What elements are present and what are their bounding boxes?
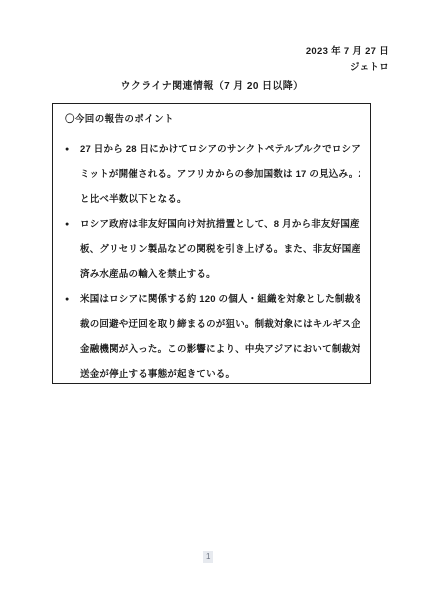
text-line: 金融機関が入った。この影響により、中央アジアにおいて制裁対象行を通じた (80, 337, 360, 362)
bullet-item: ● 米国はロシアに関係する約 120 の個人・組織を対象とした制裁を導入した。制… (65, 287, 360, 387)
text-line: 板、グリセリン製品などの関税を引き上げる。また、非友好国産の特定の調整 (80, 237, 360, 262)
document-date: 2023 年 7 月 27 日 (306, 44, 389, 60)
text-line: 送金が停止する事態が起きている。 (80, 362, 360, 387)
bullet-item: ● 27 日から 28 日にかけてロシアのサンクトペテルブルクでロシア・アフリカ… (65, 137, 360, 212)
points-heading: 〇今回の報告のポイント (65, 110, 360, 130)
document-title: ウクライナ関連情報（7 月 20 日以降） (0, 77, 424, 92)
bullet-icon: ● (65, 287, 69, 312)
page-number: 1 (203, 551, 213, 563)
text-line: 米国はロシアに関係する約 120 の個人・組織を対象とした制裁を導入した。制 (80, 287, 360, 312)
text-line: 裁の回避や迂回を取り締まるのが狙い。制裁対象にはキルギス企業やロシアの (80, 312, 360, 337)
text-line: ロシア政府は非友好国向け対抗措置として、8 月から非友好国産のワイン、合 (80, 212, 360, 237)
text-line: 27 日から 28 日にかけてロシアのサンクトペテルブルクでロシア・アフリカサ (80, 137, 360, 162)
summary-points-box: 〇今回の報告のポイント ● 27 日から 28 日にかけてロシアのサンクトペテル… (52, 103, 371, 384)
document-header: 2023 年 7 月 27 日 ジェトロ (306, 44, 389, 76)
text-line: 済み水産品の輸入を禁止する。 (80, 262, 360, 287)
bullet-icon: ● (65, 137, 69, 162)
text-line: と比べ半数以下となる。 (80, 187, 360, 212)
organization-name: ジェトロ (306, 60, 389, 76)
bullet-item: ● ロシア政府は非友好国向け対抗措置として、8 月から非友好国産のワイン、合 板… (65, 212, 360, 287)
document-page: 2023 年 7 月 27 日 ジェトロ ウクライナ関連情報（7 月 20 日以… (0, 0, 424, 600)
bullet-icon: ● (65, 212, 69, 237)
text-line: ミットが開催される。アフリカからの参加国数は 17 の見込み。2019 年の前回 (80, 162, 360, 187)
